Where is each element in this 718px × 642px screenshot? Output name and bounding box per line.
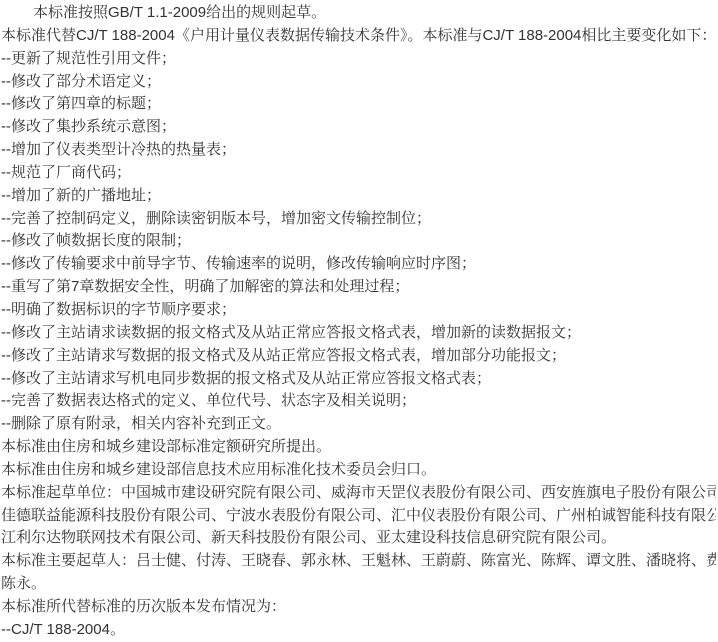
text-line: --修改了主站请求写机电同步数据的报文格式及从站正常应答报文格式表； (1, 368, 716, 391)
text-line: --修改了集抄系统示意图； (1, 116, 716, 139)
text-line: 本标准主要起草人：吕士健、付涛、王晓春、郭永林、王魁林、王蔚蔚、陈富光、陈辉、谭… (1, 550, 716, 573)
text-line: 本标准代替CJ/T 188-2004《户用计量仪表数据传输技术条件》。本标准与C… (1, 25, 716, 48)
text-line: 本标准由住房和城乡建设部标准定额研究所提出。 (1, 436, 716, 459)
text-line: 本标准起草单位：中国城市建设研究院有限公司、威海市天罡仪表股份有限公司、西安旌旗… (1, 482, 716, 505)
text-line: 江利尔达物联网技术有限公司、新天科技股份有限公司、亚太建设科技信息研究院有限公司… (1, 527, 716, 550)
document-page: 本标准按照GB/T 1.1-2009给出的规则起草。 本标准代替CJ/T 188… (0, 0, 718, 642)
text-line: --规范了厂商代码； (1, 162, 716, 185)
text-line: 佳德联益能源科技股份有限公司、宁波水表股份有限公司、汇中仪表股份有限公司、广州柏… (1, 505, 716, 528)
text-line: --更新了规范性引用文件； (1, 48, 716, 71)
text-line: --修改了第四章的标题； (1, 93, 716, 116)
text-line: --完善了控制码定义，删除读密钥版本号，增加密文传输控制位； (1, 208, 716, 231)
text-line: --删除了原有附录，相关内容补充到正文。 (1, 413, 716, 436)
text-line: --修改了部分术语定义； (1, 71, 716, 94)
text-line: 本标准由住房和城乡建设部信息技术应用标准化技术委员会归口。 (1, 459, 716, 482)
text-line: 本标准按照GB/T 1.1-2009给出的规则起草。 (1, 2, 716, 25)
text-line: --重写了第7章数据安全性，明确了加解密的算法和处理过程； (1, 276, 716, 299)
text-line: --修改了主站请求读数据的报文格式及从站正常应答报文格式表，增加新的读数据报文； (1, 322, 716, 345)
text-line: --完善了数据表达格式的定义、单位代号、状态字及相关说明； (1, 390, 716, 413)
text-line: --修改了帧数据长度的限制； (1, 230, 716, 253)
text-line: --修改了传输要求中前导字节、传输速率的说明，修改传输响应时序图； (1, 253, 716, 276)
text-line: --增加了新的广播地址； (1, 185, 716, 208)
text-line: --修改了主站请求写数据的报文格式及从站正常应答报文格式表，增加部分功能报文； (1, 345, 716, 368)
text-line: 本标准所代替标准的历次版本发布情况为： (1, 596, 716, 619)
text-line: --增加了仪表类型计冷热的热量表； (1, 139, 716, 162)
text-line: --CJ/T 188-2004。 (1, 619, 716, 642)
text-line: --明确了数据标识的字节顺序要求； (1, 299, 716, 322)
text-line: 陈永。 (1, 573, 716, 596)
